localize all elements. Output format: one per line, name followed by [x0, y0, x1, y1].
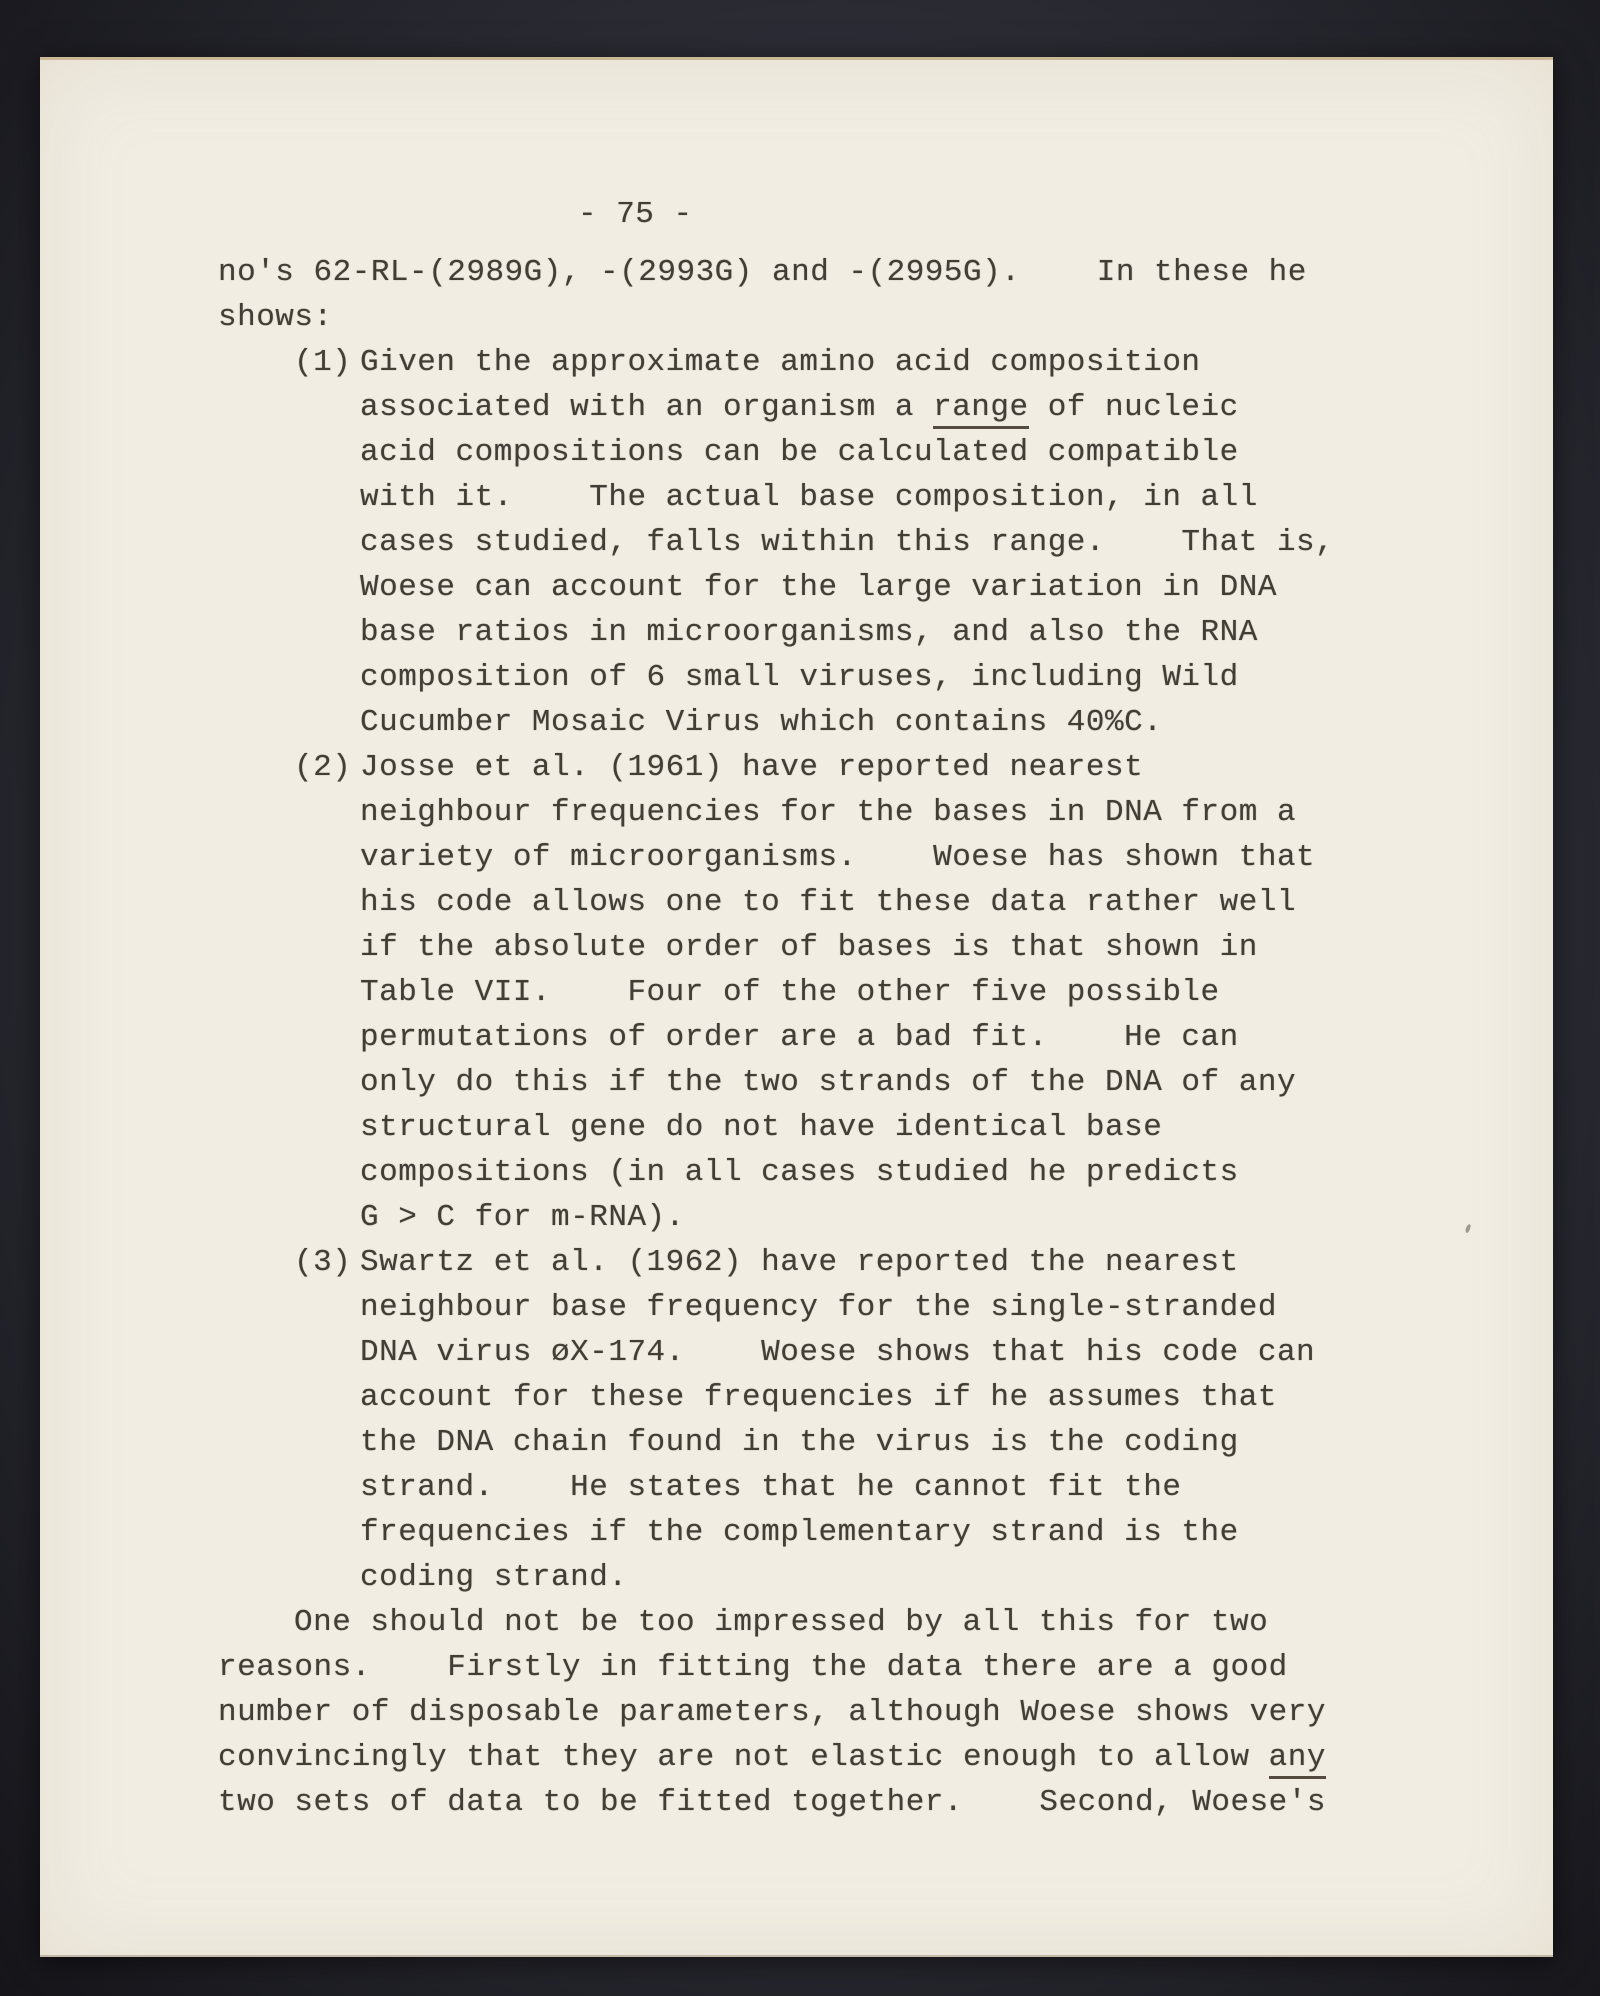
text-line: Woese can account for the large variatio…: [360, 565, 1458, 610]
document-page: - 75 - no's 62-RL-(2989G), -(2993G) and …: [40, 57, 1553, 1957]
text-line: DNA virus øX-174. Woese shows that his c…: [360, 1330, 1458, 1375]
list-item-lines: Josse et al. (1961) have reported neares…: [360, 745, 1458, 1240]
list-item: (1)Given the approximate amino acid comp…: [218, 340, 1458, 745]
underlined-text: range: [933, 390, 1029, 429]
list-marker: (3): [294, 1240, 351, 1285]
text-line: compositions (in all cases studied he pr…: [360, 1150, 1458, 1195]
closing-paragraph: One should not be too impressed by all t…: [218, 1600, 1458, 1825]
numbered-list: (1)Given the approximate amino acid comp…: [218, 340, 1458, 1600]
text-line: if the absolute order of bases is that s…: [360, 925, 1458, 970]
text-line: with it. The actual base composition, in…: [360, 475, 1458, 520]
underlined-text: any: [1269, 1740, 1326, 1779]
list-item: (2)Josse et al. (1961) have reported nea…: [218, 745, 1458, 1240]
list-item-lines: Swartz et al. (1962) have reported the n…: [360, 1240, 1458, 1600]
text-segment: of nucleic: [1029, 390, 1239, 425]
text-line: Table VII. Four of the other five possib…: [360, 970, 1458, 1015]
list-item-lines: Given the approximate amino acid composi…: [360, 340, 1458, 745]
text-line: associated with an organism a range of n…: [360, 385, 1458, 430]
page-number: - 75 -: [578, 192, 693, 237]
list-marker: (1): [294, 340, 351, 385]
text-line: two sets of data to be fitted together. …: [218, 1780, 1458, 1825]
text-line: number of disposable parameters, althoug…: [218, 1690, 1458, 1735]
text-line: Josse et al. (1961) have reported neares…: [360, 745, 1458, 790]
list-marker: (2): [294, 745, 351, 790]
scanner-background: - 75 - no's 62-RL-(2989G), -(2993G) and …: [0, 0, 1600, 1996]
text-line: neighbour frequencies for the bases in D…: [360, 790, 1458, 835]
text-line: variety of microorganisms. Woese has sho…: [360, 835, 1458, 880]
ink-speck: [1465, 1224, 1472, 1234]
page-text: no's 62-RL-(2989G), -(2993G) and -(2995G…: [218, 250, 1458, 1825]
list-item: (3)Swartz et al. (1962) have reported th…: [218, 1240, 1458, 1600]
text-line: shows:: [218, 295, 1458, 340]
text-line: acid compositions can be calculated comp…: [360, 430, 1458, 475]
text-line: account for these frequencies if he assu…: [360, 1375, 1458, 1420]
text-line: convincingly that they are not elastic e…: [218, 1735, 1458, 1780]
text-line: reasons. Firstly in fitting the data the…: [218, 1645, 1458, 1690]
text-line: G > C for m-RNA).: [360, 1195, 1458, 1240]
text-line: Cucumber Mosaic Virus which contains 40%…: [360, 700, 1458, 745]
text-line: Given the approximate amino acid composi…: [360, 340, 1458, 385]
text-line: structural gene do not have identical ba…: [360, 1105, 1458, 1150]
text-line: strand. He states that he cannot fit the: [360, 1465, 1458, 1510]
text-line: base ratios in microorganisms, and also …: [360, 610, 1458, 655]
intro-paragraph: no's 62-RL-(2989G), -(2993G) and -(2995G…: [218, 250, 1458, 340]
text-line: One should not be too impressed by all t…: [294, 1600, 1458, 1645]
text-line: permutations of order are a bad fit. He …: [360, 1015, 1458, 1060]
text-line: cases studied, falls within this range. …: [360, 520, 1458, 565]
text-line: his code allows one to fit these data ra…: [360, 880, 1458, 925]
text-line: the DNA chain found in the virus is the …: [360, 1420, 1458, 1465]
text-line: coding strand.: [360, 1555, 1458, 1600]
text-line: composition of 6 small viruses, includin…: [360, 655, 1458, 700]
text-line: only do this if the two strands of the D…: [360, 1060, 1458, 1105]
text-line: Swartz et al. (1962) have reported the n…: [360, 1240, 1458, 1285]
text-line: no's 62-RL-(2989G), -(2993G) and -(2995G…: [218, 250, 1458, 295]
text-segment: convincingly that they are not elastic e…: [218, 1740, 1269, 1775]
text-line: neighbour base frequency for the single-…: [360, 1285, 1458, 1330]
text-segment: associated with an organism a: [360, 390, 933, 425]
text-line: frequencies if the complementary strand …: [360, 1510, 1458, 1555]
